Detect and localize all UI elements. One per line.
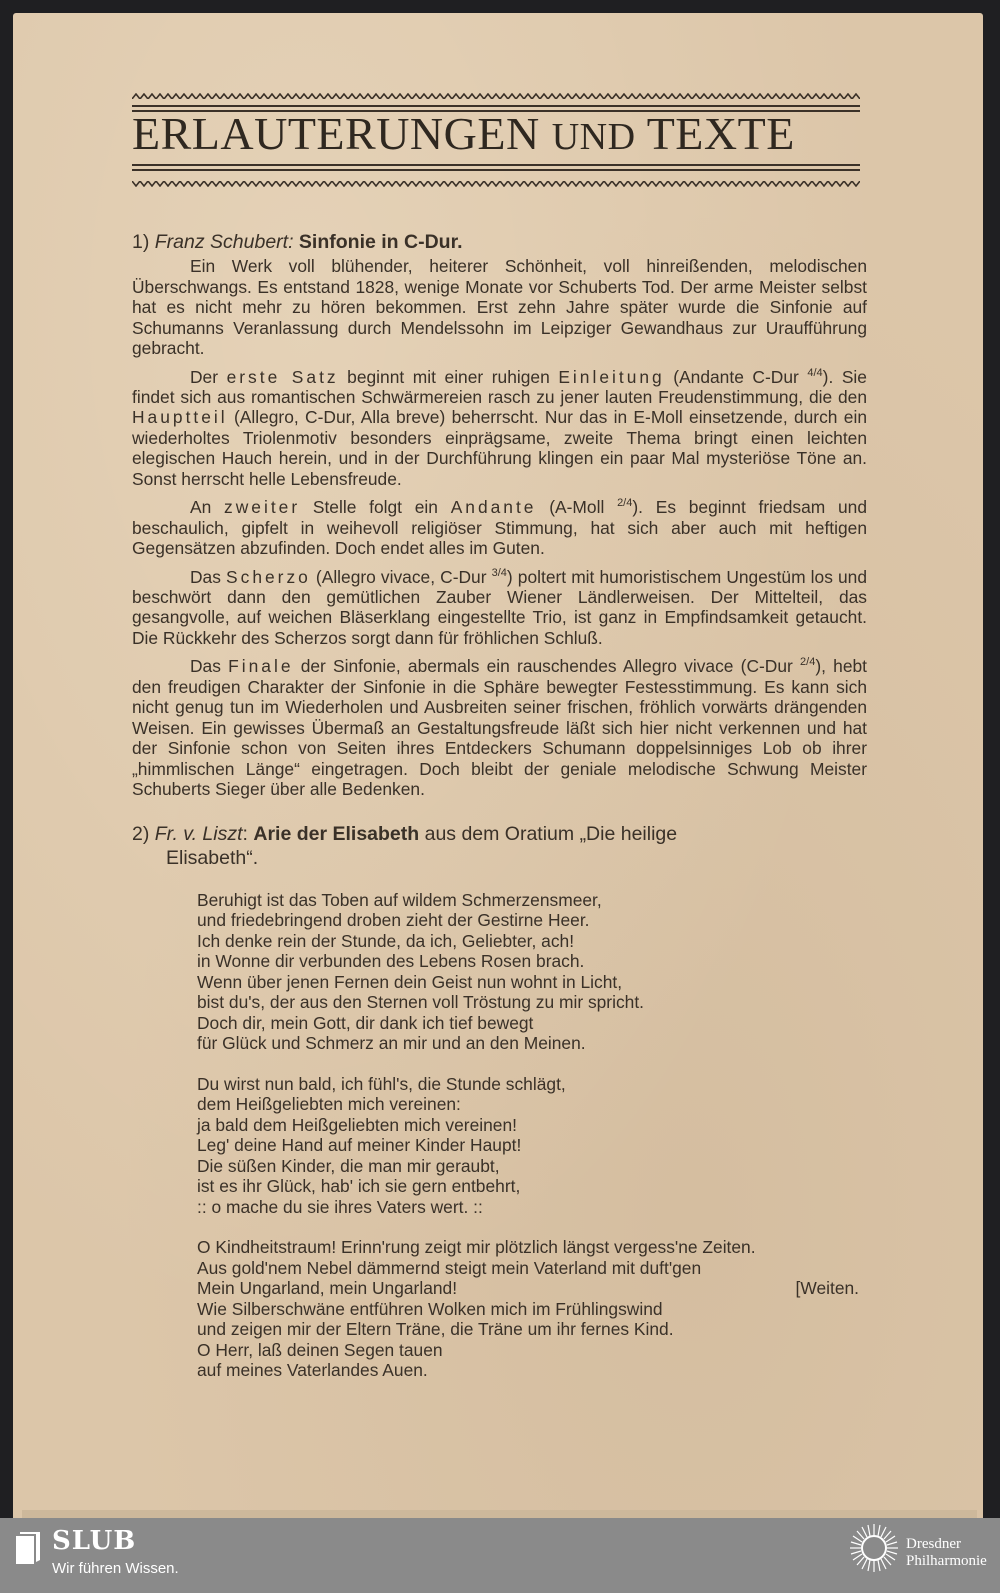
footer-bar: SLUB Wir führen Wissen. Dresdner Philhar…	[0, 1518, 1000, 1593]
emphasis-spaced: Scherzo	[226, 566, 311, 586]
text-run: (Andante C-Dur	[673, 366, 799, 386]
emphasis-spaced: zweiter	[224, 497, 300, 517]
paragraph: An zweiter Stelle folgt ein Andante (A-M…	[132, 493, 867, 558]
brand-line: Dresdner	[906, 1536, 987, 1553]
text-run: der Sinfonie, abermals ein rauschendes A…	[301, 656, 793, 676]
section-number: 2)	[132, 823, 149, 845]
time-signature: 2/4	[800, 656, 815, 668]
section-1-heading: 1) Franz Schubert: Sinfonie in C-Dur.	[132, 230, 867, 254]
rule-line	[132, 164, 860, 166]
work-title: Sinfonie in C-Dur.	[299, 231, 463, 253]
rule-line	[132, 169, 860, 171]
aria-text: Beruhigt ist das Toben auf wildem Schmer…	[132, 890, 867, 1381]
verse-line: Mein Ungarland, mein Ungarland! [Weiten.	[197, 1278, 857, 1299]
page-title: ERLAUTERUNGEN UND TEXTE	[132, 104, 860, 167]
verse-line: ist es ihr Glück, hab' ich sie gern entb…	[197, 1176, 867, 1197]
text-run: (A-Moll	[549, 497, 604, 517]
paragraph: Das Scherzo (Allegro vivace, C-Dur 3/4) …	[132, 563, 867, 649]
verse-line: dem Heißgeliebten mich vereinen:	[197, 1094, 867, 1115]
verse-line: Beruhigt ist das Toben auf wildem Schmer…	[197, 890, 867, 911]
stanza-2: Du wirst nun bald, ich fühl's, die Stund…	[197, 1074, 867, 1218]
paragraph: Der erste Satz beginnt mit einer ruhigen…	[132, 363, 867, 490]
emphasis-spaced: Hauptteil	[132, 407, 228, 427]
text-run: Mein Ungarland, mein Ungarland!	[197, 1278, 457, 1298]
verse-line: Die süßen Kinder, die man mir geraubt,	[197, 1156, 867, 1177]
slub-brand[interactable]: SLUB	[52, 1526, 136, 1556]
zigzag-ornament-icon	[132, 93, 860, 99]
brand-line: Philharmonie	[906, 1553, 987, 1570]
verse-line: Leg' deine Hand auf meiner Kinder Haupt!	[197, 1135, 867, 1156]
verse-line: Wie Silberschwäne entführen Wolken mich …	[197, 1299, 867, 1320]
verse-line: Doch dir, mein Gott, dir dank ich tief b…	[197, 1013, 867, 1034]
slub-tagline: Wir führen Wissen.	[52, 1560, 179, 1577]
text-run: :	[243, 823, 248, 845]
text-run: ), hebt den freudigen Charakter der Sinf…	[132, 656, 867, 799]
sunburst-logo-icon	[848, 1522, 900, 1574]
verse-line: und zeigen mir der Eltern Träne, die Trä…	[197, 1319, 867, 1340]
verse-line: Aus gold'nem Nebel dämmernd steigt mein …	[197, 1258, 867, 1279]
composer-name: Fr. v. Liszt	[155, 823, 243, 845]
section-number: 1)	[132, 231, 149, 253]
verse-line: Du wirst nun bald, ich fühl's, die Stund…	[197, 1074, 867, 1095]
work-title: Arie der Elisabeth	[253, 823, 419, 845]
text-run: beginnt mit einer ruhigen	[347, 366, 550, 386]
dresdner-philharmonie-brand[interactable]: Dresdner Philharmonie	[906, 1536, 987, 1570]
title-end: TEXTE	[647, 108, 795, 159]
emphasis-spaced: Andante	[451, 497, 537, 517]
zigzag-ornament-icon	[132, 181, 860, 187]
section-2-heading: 2) Fr. v. Liszt: Arie der Elisabeth aus …	[132, 822, 867, 870]
text-run: (Allegro vivace, C-Dur	[316, 566, 487, 586]
emphasis-spaced: erste Satz	[227, 366, 339, 386]
stanza-3: O Kindheitstraum! Erinn'rung zeigt mir p…	[197, 1237, 867, 1381]
text-run: (Allegro, C-Dur, Alla breve) beherrscht.…	[132, 407, 867, 489]
verse-line: ja bald dem Heißgeliebten mich vereinen!	[197, 1115, 867, 1136]
text-run: An	[190, 497, 211, 517]
title-main: ERLAUTERUNGEN	[132, 108, 540, 159]
emphasis-spaced: Einleitung	[558, 366, 664, 386]
verse-line: für Glück und Schmerz an mir und an den …	[197, 1033, 867, 1054]
book-icon	[14, 1530, 44, 1566]
composer-name: Franz Schubert:	[155, 231, 294, 253]
text-run: Das	[190, 566, 221, 586]
text-run: Stelle folgt ein	[313, 497, 438, 517]
title-connector: UND	[552, 116, 636, 158]
verse-line: Ich denke rein der Stunde, da ich, Gelie…	[197, 931, 867, 952]
text-run: Der	[190, 366, 218, 386]
verse-line: O Kindheitstraum! Erinn'rung zeigt mir p…	[197, 1237, 867, 1258]
header-rule-bottom	[132, 164, 860, 192]
paragraph: Ein Werk voll blühender, heiterer Schönh…	[132, 256, 867, 359]
paragraph: Das Finale der Sinfonie, abermals ein ra…	[132, 652, 867, 799]
verse-line: in Wonne dir verbunden des Lebens Rosen …	[197, 951, 867, 972]
verse-line: Wenn über jenen Fernen dein Geist nun wo…	[197, 972, 867, 993]
document-body: 1) Franz Schubert: Sinfonie in C-Dur. Ei…	[132, 230, 867, 1401]
work-source: aus dem Oratium „Die heilige	[425, 823, 678, 845]
text-run: Das	[190, 656, 221, 676]
line-overflow-tail: [Weiten.	[796, 1278, 859, 1299]
verse-line: bist du's, der aus den Sternen voll Trös…	[197, 992, 867, 1013]
verse-line: O Herr, laß deinen Segen tauen	[197, 1340, 867, 1361]
emphasis-spaced: Finale	[228, 656, 293, 676]
verse-line: :: o mache du sie ihres Vaters wert. ::	[197, 1197, 867, 1218]
time-signature: 4/4	[807, 367, 822, 379]
time-signature: 2/4	[617, 497, 632, 509]
verse-line: und friedebringend droben zieht der Gest…	[197, 910, 867, 931]
verse-line: auf meines Vaterlandes Auen.	[197, 1360, 867, 1381]
work-source-continuation: Elisabeth“.	[132, 846, 867, 870]
stanza-1: Beruhigt ist das Toben auf wildem Schmer…	[197, 890, 867, 1054]
time-signature: 3/4	[492, 567, 507, 579]
